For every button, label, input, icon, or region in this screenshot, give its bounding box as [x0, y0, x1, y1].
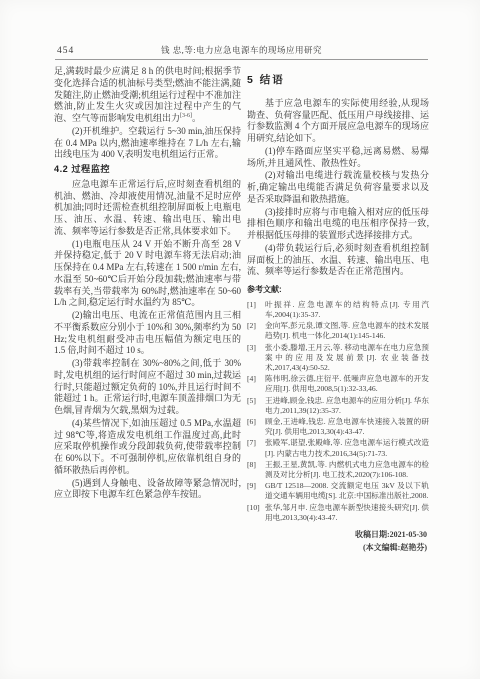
reference-text: 金向军,彭元泉,谭文图,等. 应急电源车的技术发展趋势[J]. 机电一体化,20…: [265, 321, 429, 341]
paragraph: (2)输出电压、电流在正常值范围内且三相不平衡系数应分别小于 10%和 30%,…: [54, 310, 241, 357]
paragraph: 基于应急电源车的实际使用经验,从现场勘查、负荷容量匹配、低压用户母线接排、运行参…: [247, 98, 429, 145]
reference-item: [10]张华,邹月申. 应急电源车新型快速接头研究[J]. 供用电,2013,3…: [247, 503, 429, 523]
paragraph-continuation: 足,满载时最少应满足 8 h 的供电时间;根据季节变化选择合适的机油标号类型;燃…: [54, 66, 241, 125]
section-heading-4-2: 4.2 过程监控: [54, 164, 241, 176]
references-heading: 参考文献:: [247, 284, 429, 296]
right-column: 5 结语 基于应急电源车的实际使用经验,从现场勘查、负荷容量匹配、低压用户母线接…: [247, 66, 429, 554]
reference-text: 王振,王星,黄凯,等. 内燃机式电力应急电源车的检测及对比分析[J]. 电工技术…: [265, 460, 429, 480]
reference-label: [2]: [247, 321, 265, 341]
reference-text: 张殿军,谌望,张殿峰,等. 应急电源车运行模式改造[J]. 内蒙古电力技术,20…: [265, 438, 429, 458]
reference-label: [4]: [247, 374, 265, 394]
reference-label: [9]: [247, 481, 265, 501]
reference-item: [1]叶振祥. 应急电源车的结构特点[J]. 专用汽车,2004(1):35-3…: [247, 300, 429, 320]
paragraph: (5)遇到人身触电、设备故障等紧急情况时,应立即按下电源车红色紧急停车按钮。: [54, 478, 241, 502]
reference-label: [3]: [247, 343, 265, 374]
paragraph-text: 足,满载时最少应满足 8 h 的供电时间;根据季节变化选择合适的机油标号类型;燃…: [54, 66, 241, 123]
paragraph: (2)开机维护。空载运行 5~30 min,油压保持在 0.4 MPa 以内,燃…: [54, 126, 241, 161]
reference-item: [6]顾金,王进峰,钱忠. 应急电源车快速接入装置的研究[J]. 供用电,201…: [247, 417, 429, 437]
reference-item: [3]张小委,滕增,王月云,等. 移动电源车在电力应急预案中的应用及发展前景[J…: [247, 343, 429, 374]
reference-item: [7]张殿军,谌望,张殿峰,等. 应急电源车运行模式改造[J]. 内蒙古电力技术…: [247, 438, 429, 458]
reference-item: [4]陈伟明,徐云德,庄衍平. 低噪声应急电源车的开发应用[J]. 供用电,20…: [247, 374, 429, 394]
paragraph: (3)带载率控制在 30%~80%之间,低于 30%时,发电机组的运行时间应不超…: [54, 358, 241, 417]
reference-label: [7]: [247, 438, 265, 458]
article-body: 足,满载时最少应满足 8 h 的供电时间;根据季节变化选择合适的机油标号类型;燃…: [54, 66, 429, 554]
reference-label: [8]: [247, 460, 265, 480]
reference-label: [6]: [247, 417, 265, 437]
reference-text: 王进峰,顾金,钱忠. 应急电源车的应用分析[J]. 华东电力,2011,39(1…: [265, 396, 429, 416]
editor-note: (本文编辑:赵艳芬): [247, 541, 429, 554]
paragraph: (1)停车路面应坚实平稳,远离易燃、易爆场所,并且通风性、散热性好。: [247, 146, 429, 170]
citation-superscript: [3-6]: [180, 113, 192, 119]
reference-label: [1]: [247, 300, 265, 320]
left-column: 足,满载时最少应满足 8 h 的供电时间;根据季节变化选择合适的机油标号类型;燃…: [54, 66, 241, 554]
received-date: 收稿日期:2021-05-30: [247, 528, 429, 541]
reference-text: 陈伟明,徐云德,庄衍平. 低噪声应急电源车的开发应用[J]. 供用电,2008,…: [265, 374, 429, 394]
reference-item: [5]王进峰,顾金,钱忠. 应急电源车的应用分析[J]. 华东电力,2011,3…: [247, 396, 429, 416]
reference-item: [9]GB/T 12518—2008. 交流额定电压 3kV 及以下轨道交通车辆…: [247, 481, 429, 501]
paragraph: (4)带负载运行后,必须时刻查看机组控制屏面板上的油压、水温、转速、输出电压、电…: [247, 243, 429, 278]
reference-label: [5]: [247, 396, 265, 416]
reference-text: 叶振祥. 应急电源车的结构特点[J]. 专用汽车,2004(1):35-37.: [265, 300, 429, 320]
reference-label: [10]: [247, 503, 265, 523]
running-title: 钱 忠,等:电力应急电源车的现场应用研究: [55, 44, 428, 56]
reference-text: 张小委,滕增,王月云,等. 移动电源车在电力应急预案中的应用及发展前景[J]. …: [265, 343, 429, 374]
paragraph: (1)电瓶电压从 24 V 开始不断升高至 28 V 并保持稳定,低于 20 V…: [54, 239, 241, 310]
section-heading-5: 5 结语: [247, 75, 429, 87]
reference-text: 顾金,王进峰,钱忠. 应急电源车快速接入装置的研究[J]. 供用电,2013,3…: [265, 417, 429, 437]
reference-item: [8]王振,王星,黄凯,等. 内燃机式电力应急电源车的检测及对比分析[J]. 电…: [247, 460, 429, 480]
paragraph: (3)接排时应将与市电输入相对应的低压母排相色顺序和输出电缆的电压相序保持一致,…: [247, 207, 429, 242]
reference-text: GB/T 12518—2008. 交流额定电压 3kV 及以下轨道交通车辆用电缆…: [265, 481, 429, 501]
reference-item: [2]金向军,彭元泉,谭文图,等. 应急电源车的技术发展趋势[J]. 机电一体化…: [247, 321, 429, 341]
paragraph: (2)对输出电缆进行载流量校核与发热分析,确定输出电缆能否满足负荷容量要求以及是…: [247, 170, 429, 205]
paragraph: 应急电源车正常运行后,应时刻查看机组的机油、燃油、冷却液使用情况,油量不足时应停…: [54, 179, 241, 238]
paragraph-text: 。: [192, 113, 201, 123]
page-header: 454 钱 忠,等:电力应急电源车的现场应用研究: [55, 42, 428, 60]
paragraph: (4)某些情况下,如油压超过 0.5 MPa,水温超过 98℃等,将造成发电机组…: [54, 418, 241, 477]
paper-page: 454 钱 忠,等:电力应急电源车的现场应用研究 足,满载时最少应满足 8 h …: [0, 0, 480, 679]
reference-text: 张华,邹月申. 应急电源车新型快速接头研究[J]. 供用电,2013,30(4)…: [265, 503, 429, 523]
